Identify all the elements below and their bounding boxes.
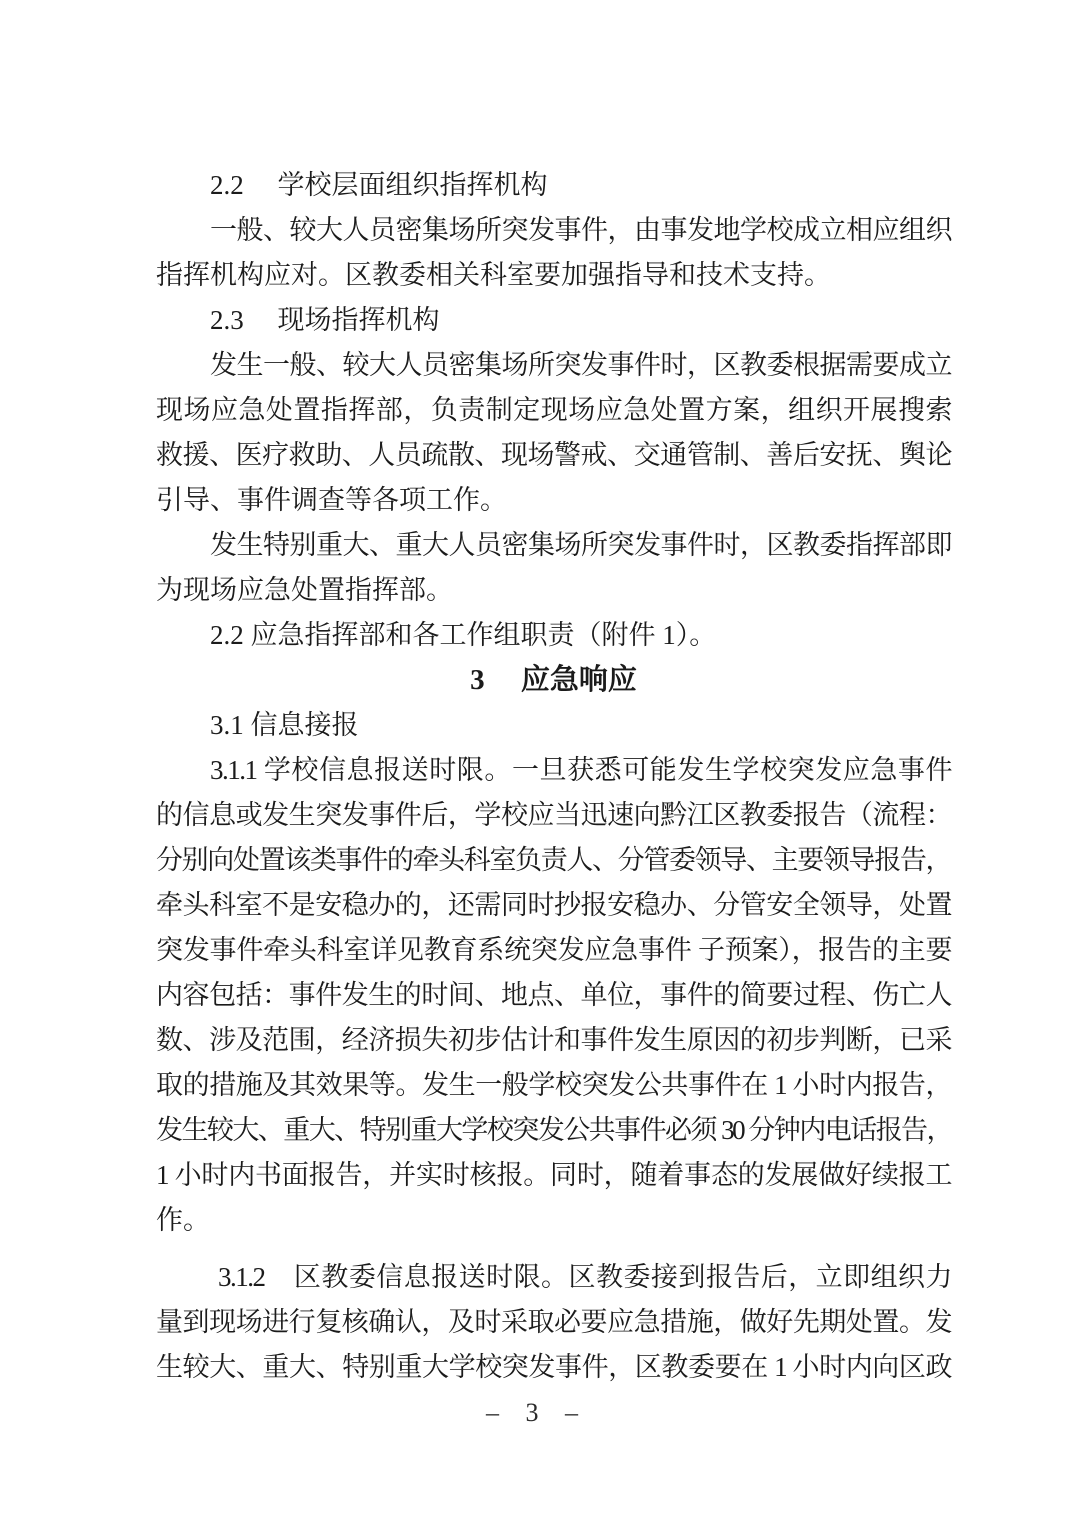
paragraph-line: 指挥机构应对。区教委相关科室要加强指导和技术支持。 [156,253,951,298]
paragraph-line: 救援、医疗救助、人员疏散、现场警戒、交通管制、善后安抚、舆论 [156,433,951,478]
paragraph-line: 内容包括：事件发生的时间、地点、单位，事件的简要过程、伤亡人 [156,973,951,1018]
paragraph-line: 现场应急处置指挥部，负责制定现场应急处置方案，组织开展搜索 [156,388,951,433]
paragraph-line: 为现场应急处置指挥部。 [156,568,951,613]
paragraph-line: 的信息或发生突发事件后，学校应当迅速向黔江区教委报告（流程： [156,793,951,838]
paragraph-line: 3.1.1 学校信息报送时限。一旦获悉可能发生学校突发应急事件 [156,748,951,793]
paragraph-line: 分别向处置该类事件的牵头科室负责人、分管委领导、主要领导报告， [156,838,951,883]
paragraph-line: 量到现场进行复核确认，及时采取必要应急措施，做好先期处置。发 [156,1300,951,1345]
paragraph-line: 取的措施及其效果等。发生一般学校突发公共事件在 1 小时内报告， [156,1063,951,1108]
paragraph-line: 作。 [156,1198,951,1243]
paragraph-line: 突发事件牵头科室详见教育系统突发应急事件 子预案），报告的主要 [156,928,951,973]
paragraph-line: 发生较大、重大、特别重大学校突发公共事件必须 30 分钟内电话报告， [156,1108,951,1153]
heading-section-2-3: 2.3 现场指挥机构 [156,298,951,343]
paragraph-line: 一般、较大人员密集场所突发事件，由事发地学校成立相应组织 [156,208,951,253]
document-page-body: 2.2 学校层面组织指挥机构 一般、较大人员密集场所突发事件，由事发地学校成立相… [156,163,951,1390]
heading-section-2-2: 2.2 学校层面组织指挥机构 [156,163,951,208]
paragraph-line: 牵头科室不是安稳办的，还需同时抄报安稳办、分管安全领导，处置 [156,883,951,928]
paragraph-line: 引导、事件调查等各项工作。 [156,478,951,523]
heading-section-2-2-duties: 2.2 应急指挥部和各工作组职责（附件 1）。 [156,613,951,658]
paragraph-line: 发生特别重大、重大人员密集场所突发事件时，区教委指挥部即 [156,523,951,568]
heading-section-3-1: 3.1 信息接报 [156,703,951,748]
paragraph-line: 发生一般、较大人员密集场所突发事件时，区教委根据需要成立 [156,343,951,388]
paragraph-line: 3.1.2 区教委信息报送时限。区教委接到报告后，立即组织力 [156,1255,951,1300]
chapter-heading-3: 3 应急响应 [156,658,951,703]
page-number: – 3 – [0,1390,1074,1435]
paragraph-line: 1 小时内书面报告，并实时核报。同时，随着事态的发展做好续报工 [156,1153,951,1198]
paragraph-line: 生较大、重大、特别重大学校突发事件，区教委要在 1 小时内向区政 [156,1345,951,1390]
paragraph-line: 数、涉及范围，经济损失初步估计和事件发生原因的初步判断，已采 [156,1018,951,1063]
